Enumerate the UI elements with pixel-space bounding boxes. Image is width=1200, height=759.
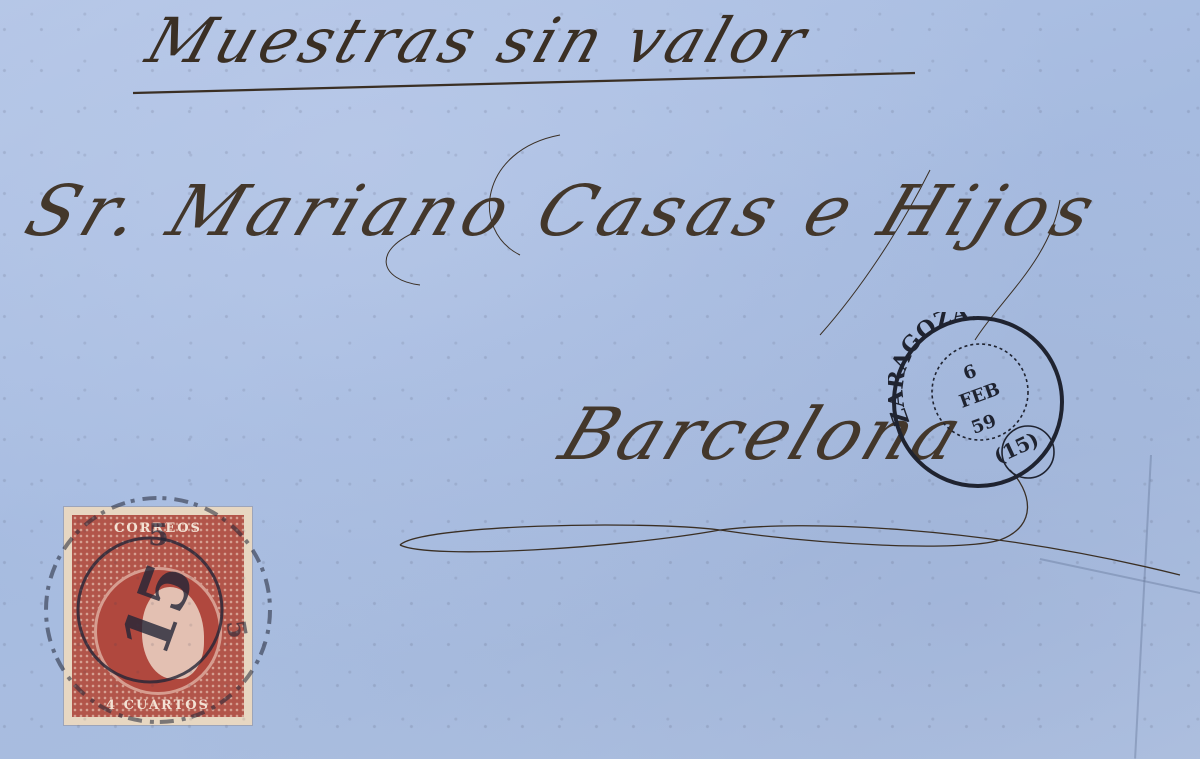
stamp-cancellation: 15 5 5	[0, 0, 1200, 759]
cancel-number: 15	[106, 552, 211, 665]
letter-cover: Muestras sin valor Sr. Mariano Casas e H…	[0, 0, 1200, 759]
svg-text:5: 5	[220, 618, 253, 641]
svg-text:5: 5	[148, 518, 169, 553]
